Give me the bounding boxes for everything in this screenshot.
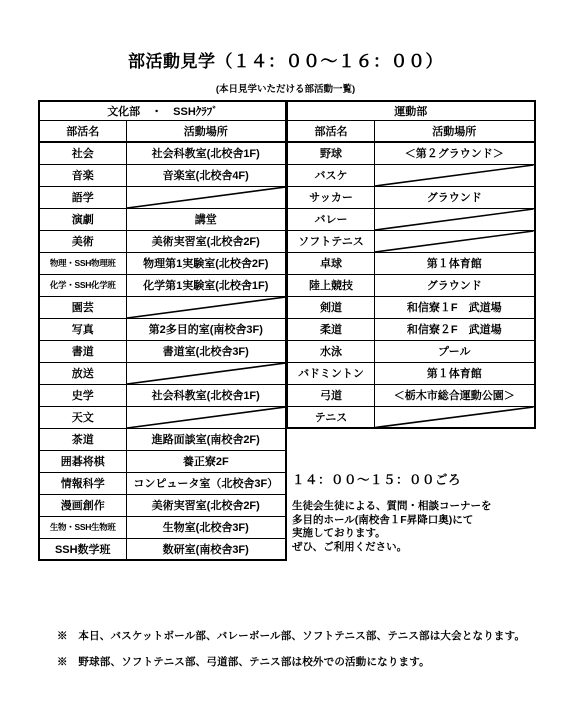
club-name-cell: 放送 <box>39 362 126 384</box>
location-cell: 第2多目的室(南校舎3F) <box>126 318 286 340</box>
club-name-cell: 物理・SSH物理班 <box>39 252 126 274</box>
culture-table-body: 社会 社会科教室(北校舎1F) 音楽 音楽室(北校舎4F) 語学 演劇 講堂 <box>39 142 286 560</box>
section-header-row: 文化部 ・ SSHｸﾗﾌﾞ <box>39 101 286 120</box>
location-cell <box>375 164 535 186</box>
consultation-paragraph-line: 多目的ホール(南校舎１F昇降口奥)にて <box>292 514 547 528</box>
table-row: バドミントン 第１体育館 <box>288 362 535 384</box>
location-cell: 美術実習室(北校舎2F) <box>126 230 286 252</box>
location-cell: 社会科教室(北校舎1F) <box>126 142 286 164</box>
consultation-info-block: １４：００～１５：００ごろ 生徒会生徒による、質問・相談コーナーを 多目的ホール… <box>292 470 547 554</box>
diagonal-strikethrough-line <box>375 231 534 252</box>
club-name-cell: 演劇 <box>39 208 126 230</box>
club-name-cell: バレー <box>288 208 375 230</box>
page-title: 部活動見学（１４：００～１６：００） <box>0 47 571 72</box>
culture-club-table: 文化部 ・ SSHｸﾗﾌﾞ 部活名 活動場所 社会 社会科教室(北校舎1F) 音… <box>38 100 287 561</box>
table-row: 剣道 和信寮１F 武道場 <box>288 296 535 318</box>
table-row: 卓球 第１体育館 <box>288 252 535 274</box>
club-name-cell: 園芸 <box>39 296 126 318</box>
club-name-cell: 野球 <box>288 142 375 164</box>
diagonal-strikethrough-line <box>127 363 286 384</box>
club-name-cell: サッカー <box>288 186 375 208</box>
location-cell <box>126 186 286 208</box>
location-cell: 進路面談室(南校舎2F) <box>126 428 286 450</box>
consultation-paragraph-line: 生徒会生徒による、質問・相談コーナーを <box>292 500 547 514</box>
club-name-cell: 茶道 <box>39 428 126 450</box>
club-name-cell: 化学・SSH化学班 <box>39 274 126 296</box>
table-row: 弓道 ＜栃木市総合運動公園＞ <box>288 384 535 406</box>
column-header-row: 部活名 活動場所 <box>288 120 535 142</box>
sports-table-body: 野球 ＜第２グラウンド＞ バスケ サッカー グラウンド バレー <box>288 142 535 428</box>
club-name-cell: バドミントン <box>288 362 375 384</box>
table-row: テニス <box>288 406 535 428</box>
location-cell: ＜栃木市総合運動公園＞ <box>375 384 535 406</box>
table-row: 史学 社会科教室(北校舎1F) <box>39 384 286 406</box>
club-name-cell: 漫画創作 <box>39 494 126 516</box>
location-cell <box>126 296 286 318</box>
club-name-cell: 社会 <box>39 142 126 164</box>
club-name-cell: 語学 <box>39 186 126 208</box>
club-name-cell: 情報科学 <box>39 472 126 494</box>
page-subtitle: (本日見学いただける部活動一覧) <box>0 81 571 95</box>
club-name-cell: 美術 <box>39 230 126 252</box>
location-cell: 講堂 <box>126 208 286 230</box>
diagonal-strikethrough-line <box>375 165 534 186</box>
table-row: バレー <box>288 208 535 230</box>
location-cell: 生物室(北校舎3F) <box>126 516 286 538</box>
club-name-cell: 陸上競技 <box>288 274 375 296</box>
table-row: バスケ <box>288 164 535 186</box>
club-name-cell: テニス <box>288 406 375 428</box>
diagonal-strikethrough-line <box>127 297 286 318</box>
table-row: 野球 ＜第２グラウンド＞ <box>288 142 535 164</box>
column-header-location: 活動場所 <box>126 120 286 142</box>
table-row: 園芸 <box>39 296 286 318</box>
consultation-paragraph-line: 実施しております。 <box>292 527 547 541</box>
column-header-club-name: 部活名 <box>288 120 375 142</box>
section-header-culture: 文化部 ・ SSHｸﾗﾌﾞ <box>39 101 286 120</box>
location-cell: 第１体育館 <box>375 362 535 384</box>
diagonal-strikethrough-line <box>127 407 286 428</box>
club-name-cell: 卓球 <box>288 252 375 274</box>
club-name-cell: 柔道 <box>288 318 375 340</box>
location-cell: 書道室(北校舎3F) <box>126 340 286 362</box>
location-cell: 美術実習室(北校舎2F) <box>126 494 286 516</box>
section-header-sports: 運動部 <box>288 101 535 120</box>
location-cell <box>126 362 286 384</box>
table-row: 社会 社会科教室(北校舎1F) <box>39 142 286 164</box>
club-name-cell: 写真 <box>39 318 126 340</box>
club-name-cell: ソフトテニス <box>288 230 375 252</box>
location-cell: 物理第1実験室(北校舎2F) <box>126 252 286 274</box>
club-name-cell: SSH数学班 <box>39 538 126 560</box>
location-cell: 数研室(南校舎3F) <box>126 538 286 560</box>
location-cell <box>375 406 535 428</box>
location-cell: 化学第1実験室(北校舎1F) <box>126 274 286 296</box>
table-row: 演劇 講堂 <box>39 208 286 230</box>
table-row: 情報科学 コンピュータ室（北校舎3F） <box>39 472 286 494</box>
consultation-time-text: １４：００～１５：００ごろ <box>292 470 547 488</box>
location-cell: 和信寮１F 武道場 <box>375 296 535 318</box>
table-row: ソフトテニス <box>288 230 535 252</box>
column-header-club-name: 部活名 <box>39 120 126 142</box>
section-header-row: 運動部 <box>288 101 535 120</box>
document-page: { "page": { "title": "部活動見学（１４：００～１６：００）… <box>0 0 571 707</box>
table-row: 生物・SSH生物班 生物室(北校舎3F) <box>39 516 286 538</box>
location-cell: グラウンド <box>375 186 535 208</box>
club-name-cell: 剣道 <box>288 296 375 318</box>
diagonal-strikethrough-line <box>375 209 534 230</box>
table-row: 水泳 プール <box>288 340 535 362</box>
consultation-paragraph: 生徒会生徒による、質問・相談コーナーを 多目的ホール(南校舎１F昇降口奥)にて … <box>292 500 547 554</box>
footnotes: ※ 本日、バスケットボール部、バレーボール部、ソフトテニス部、テニス部は大会とな… <box>57 628 552 680</box>
table-row: 陸上競技 グラウンド <box>288 274 535 296</box>
table-row: SSH数学班 数研室(南校舎3F) <box>39 538 286 560</box>
diagonal-strikethrough-line <box>375 407 534 428</box>
column-header-location: 活動場所 <box>375 120 535 142</box>
club-name-cell: 書道 <box>39 340 126 362</box>
club-name-cell: 生物・SSH生物班 <box>39 516 126 538</box>
location-cell: 和信寮２F 武道場 <box>375 318 535 340</box>
diagonal-strikethrough-line <box>127 187 286 208</box>
location-cell: コンピュータ室（北校舎3F） <box>126 472 286 494</box>
club-name-cell: 囲碁将棋 <box>39 450 126 472</box>
table-row: 天文 <box>39 406 286 428</box>
table-row: 語学 <box>39 186 286 208</box>
table-row: 写真 第2多目的室(南校舎3F) <box>39 318 286 340</box>
table-row: 茶道 進路面談室(南校舎2F) <box>39 428 286 450</box>
club-name-cell: 音楽 <box>39 164 126 186</box>
club-name-cell: 天文 <box>39 406 126 428</box>
location-cell <box>375 208 535 230</box>
table-row: 漫画創作 美術実習室(北校舎2F) <box>39 494 286 516</box>
table-row: 囲碁将棋 養正寮2F <box>39 450 286 472</box>
club-name-cell: 水泳 <box>288 340 375 362</box>
location-cell: 社会科教室(北校舎1F) <box>126 384 286 406</box>
club-name-cell: 弓道 <box>288 384 375 406</box>
location-cell: 養正寮2F <box>126 450 286 472</box>
table-row: 化学・SSH化学班 化学第1実験室(北校舎1F) <box>39 274 286 296</box>
table-row: 音楽 音楽室(北校舎4F) <box>39 164 286 186</box>
location-cell <box>375 230 535 252</box>
consultation-paragraph-line: ぜひ、ご利用ください。 <box>292 541 547 555</box>
location-cell <box>126 406 286 428</box>
sports-club-table: 運動部 部活名 活動場所 野球 ＜第２グラウンド＞ バスケ サ <box>287 100 536 429</box>
club-name-cell: 史学 <box>39 384 126 406</box>
location-cell: ＜第２グラウンド＞ <box>375 142 535 164</box>
location-cell: 音楽室(北校舎4F) <box>126 164 286 186</box>
table-row: 書道 書道室(北校舎3F) <box>39 340 286 362</box>
location-cell: プール <box>375 340 535 362</box>
table-row: サッカー グラウンド <box>288 186 535 208</box>
footnote: ※ 野球部、ソフトテニス部、弓道部、テニス部は校外での活動になります。 <box>57 654 552 669</box>
footnote: ※ 本日、バスケットボール部、バレーボール部、ソフトテニス部、テニス部は大会とな… <box>57 628 552 643</box>
table-row: 放送 <box>39 362 286 384</box>
location-cell: 第１体育館 <box>375 252 535 274</box>
table-row: 美術 美術実習室(北校舎2F) <box>39 230 286 252</box>
location-cell: グラウンド <box>375 274 535 296</box>
column-header-row: 部活名 活動場所 <box>39 120 286 142</box>
table-row: 物理・SSH物理班 物理第1実験室(北校舎2F) <box>39 252 286 274</box>
table-row: 柔道 和信寮２F 武道場 <box>288 318 535 340</box>
club-name-cell: バスケ <box>288 164 375 186</box>
